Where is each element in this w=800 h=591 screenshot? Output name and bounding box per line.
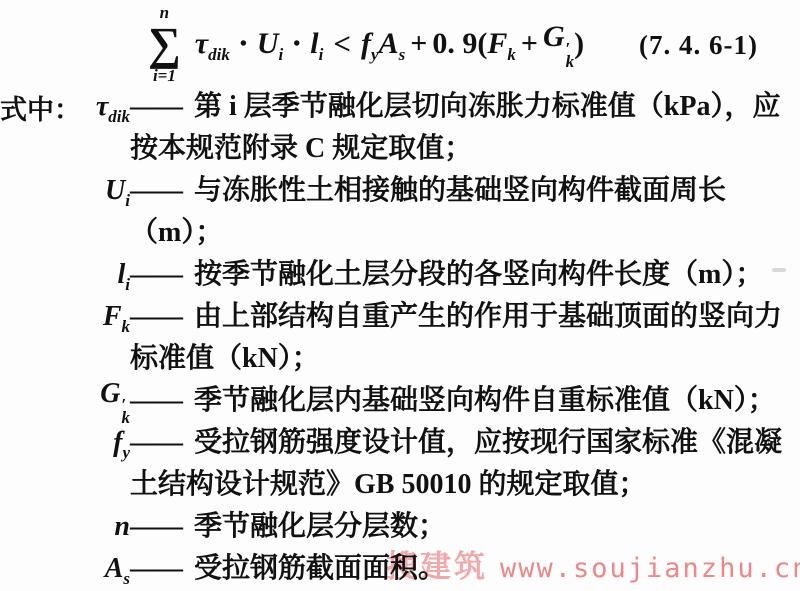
- em-dash: ——: [130, 380, 188, 422]
- symbol-cell: 式中： τdik: [0, 86, 130, 128]
- symbol-cell: fy: [0, 422, 130, 464]
- sigma-icon: ∑: [148, 21, 181, 67]
- symbol-cell: Ui: [0, 170, 130, 212]
- definition-row-F: Fk ——由上部结构自重产生的作用于基础顶面的竖向力 标准值（kN）；: [0, 296, 800, 380]
- symbol-cell: Fk: [0, 296, 130, 338]
- summation-symbol: n ∑ i=1: [148, 4, 181, 84]
- definition-row-As: As ——受拉钢筋截面面积。: [0, 548, 800, 590]
- left-paren: (: [477, 27, 487, 61]
- coefficient: 0. 9: [432, 27, 477, 61]
- definition-text: ——按季节融化土层分段的各竖向构件长度（m）；: [130, 254, 800, 296]
- l-symbol: li: [117, 259, 130, 291]
- definition-row-G: G′k ——季节融化层内基础竖向构件自重标准值（kN）；: [0, 380, 800, 422]
- tau-symbol: τdik: [195, 27, 230, 61]
- Gk-symbol: G′k: [543, 20, 574, 68]
- plus-operator: +: [410, 27, 427, 61]
- em-dash: ——: [130, 170, 188, 212]
- equation-7-4-6-1: n ∑ i=1 τdik • Ui • li < fy As + 0. 9 ( …: [148, 4, 584, 84]
- As-symbol: As: [105, 553, 130, 585]
- definition-text: ——受拉钢筋截面面积。: [130, 548, 800, 590]
- plus-operator: +: [521, 27, 538, 61]
- fy-symbol: fy: [361, 27, 379, 61]
- definition-row-U: Ui ——与冻胀性土相接触的基础竖向构件截面周长 （m）；: [0, 170, 800, 254]
- equation-number: (7. 4. 6-1): [639, 30, 758, 61]
- definition-text: ——由上部结构自重产生的作用于基础顶面的竖向力 标准值（kN）；: [130, 296, 800, 380]
- fy-symbol: fy: [113, 427, 130, 459]
- symbol-cell: n: [0, 506, 130, 548]
- definition-row-fy: fy ——受拉钢筋强度设计值，应按现行国家标准《混凝 土结构设计规范》GB 50…: [0, 422, 800, 506]
- definition-row-n: n ——季节融化层分层数；: [0, 506, 800, 548]
- em-dash: ——: [130, 506, 188, 548]
- U-symbol: Ui: [105, 175, 130, 207]
- symbol-cell: As: [0, 548, 130, 590]
- n-symbol: n: [114, 511, 130, 543]
- where-label: 式中：: [0, 88, 81, 127]
- symbol-cell: li: [0, 254, 130, 296]
- definition-text: ——受拉钢筋强度设计值，应按现行国家标准《混凝 土结构设计规范》GB 50010…: [130, 422, 800, 506]
- em-dash: ——: [130, 86, 188, 128]
- l-symbol: li: [310, 27, 323, 61]
- Gk-prime-symbol: G′k: [100, 378, 130, 424]
- U-symbol: Ui: [257, 27, 283, 61]
- cdot-operator: •: [240, 33, 247, 56]
- symbol-definitions: 式中： τdik ——第 i 层季节融化层切向冻胀力标准值（kPa），应 按本规…: [0, 86, 800, 590]
- sum-lower-limit: i=1: [153, 67, 176, 84]
- definition-text: ——季节融化层分层数；: [130, 506, 800, 548]
- em-dash: ——: [130, 254, 188, 296]
- less-than-operator: <: [333, 26, 351, 62]
- definition-row-l: li ——按季节融化土层分段的各竖向构件长度（m）；: [0, 254, 800, 296]
- document-page: n ∑ i=1 τdik • Ui • li < fy As + 0. 9 ( …: [0, 0, 800, 591]
- definition-text: ——第 i 层季节融化层切向冻胀力标准值（kPa），应 按本规范附录 C 规定取…: [130, 86, 800, 170]
- em-dash: ——: [130, 296, 188, 338]
- tau-symbol: τdik: [96, 91, 130, 123]
- definition-text: ——与冻胀性土相接触的基础竖向构件截面周长 （m）；: [130, 170, 800, 254]
- symbol-cell: G′k: [0, 380, 130, 422]
- definition-row-tau: 式中： τdik ——第 i 层季节融化层切向冻胀力标准值（kPa），应 按本规…: [0, 86, 800, 170]
- em-dash: ——: [130, 422, 188, 464]
- definition-text: ——季节融化层内基础竖向构件自重标准值（kN）；: [130, 380, 800, 422]
- right-paren: ): [574, 27, 584, 61]
- As-symbol: As: [379, 27, 406, 61]
- equation-expression: τdik • Ui • li < fy As + 0. 9 ( Fk + G′k…: [195, 20, 584, 68]
- Fk-symbol: Fk: [487, 27, 516, 61]
- em-dash: ——: [130, 548, 188, 590]
- cdot-operator: •: [293, 33, 300, 56]
- Fk-symbol: Fk: [103, 301, 130, 333]
